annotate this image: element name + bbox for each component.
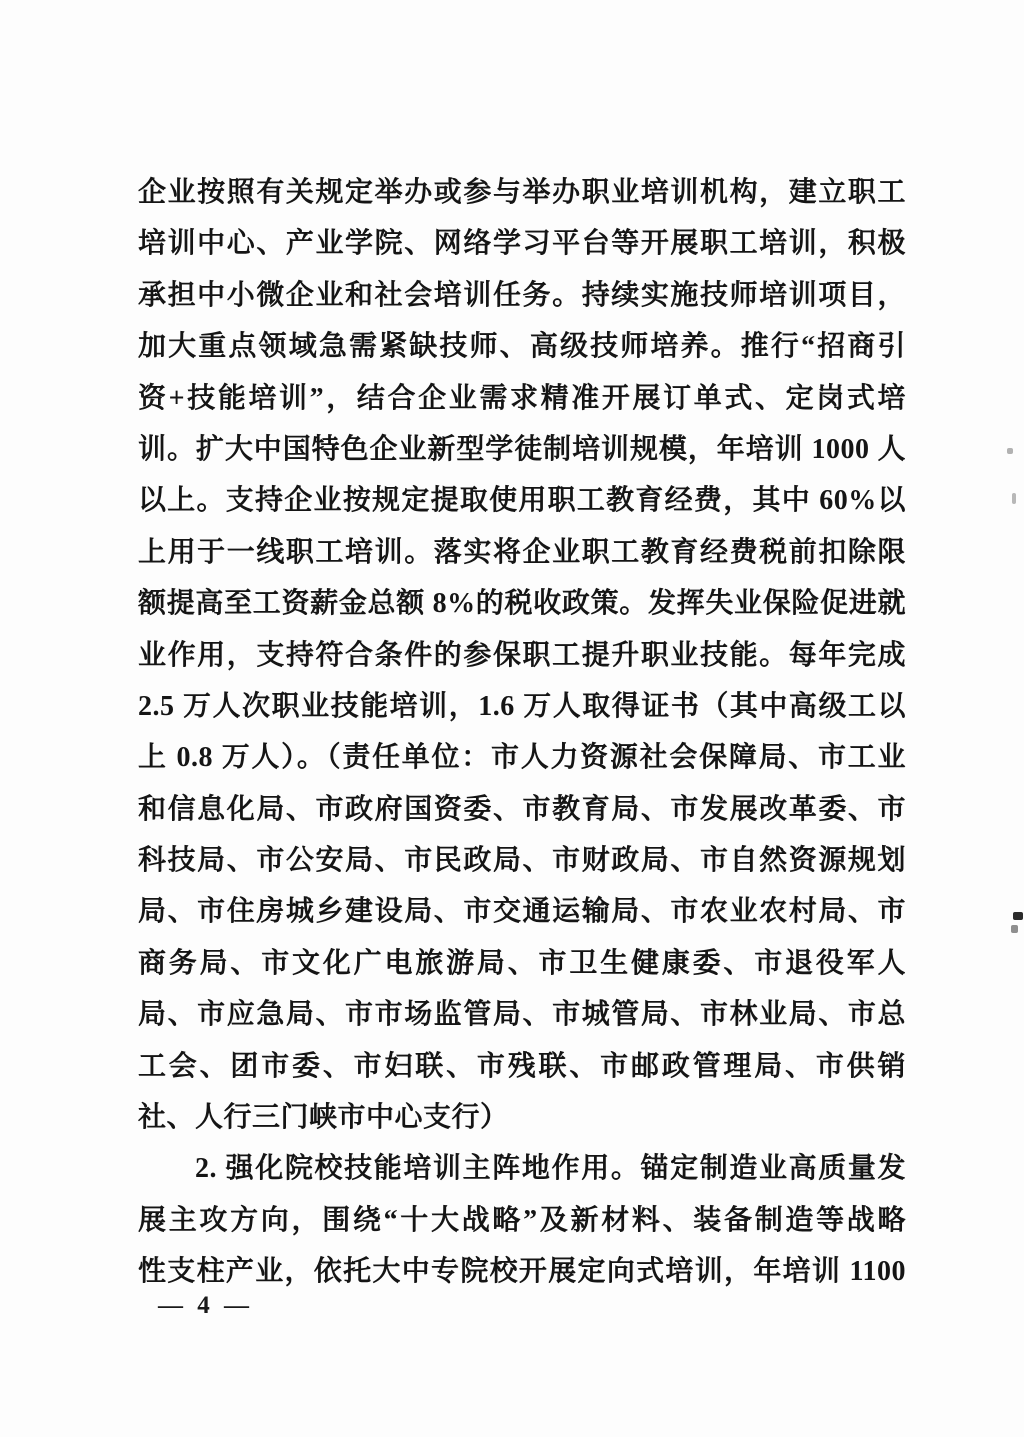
scan-artifact [1012, 493, 1016, 504]
page-number: — 4 — [158, 1292, 253, 1320]
text-line: 训。扩大中国特色企业新型学徒制培训规模，年培训 1000 人 [138, 424, 906, 475]
text-line: 资+技能培训”，结合企业需求精准开展订单式、定岗式培 [138, 373, 906, 424]
text-line: 和信息化局、市政府国资委、市教育局、市发展改革委、市 [138, 784, 906, 835]
text-line: 上用于一线职工培训。落实将企业职工教育经费税前扣除限 [138, 527, 906, 578]
text-line: 企业按照有关规定举办或参与举办职业培训机构，建立职工 [138, 167, 906, 218]
text-line: 承担中小微企业和社会培训任务。持续实施技师培训项目， [138, 270, 906, 321]
text-line: 加大重点领域急需紧缺技师、高级技师培养。推行“招商引 [138, 321, 906, 372]
scan-artifact [1013, 912, 1023, 920]
text-line: 以上。支持企业按规定提取使用职工教育经费，其中 60%以 [138, 475, 906, 526]
text-line: 2. 强化院校技能培训主阵地作用。锚定制造业高质量发 [138, 1143, 906, 1194]
text-line: 局、市住房城乡建设局、市交通运输局、市农业农村局、市 [138, 886, 906, 937]
document-page: 企业按照有关规定举办或参与举办职业培训机构，建立职工培训中心、产业学院、网络学习… [0, 0, 1024, 1437]
text-line: 商务局、市文化广电旅游局、市卫生健康委、市退役军人 [138, 938, 906, 989]
document-body: 企业按照有关规定举办或参与举办职业培训机构，建立职工培训中心、产业学院、网络学习… [138, 167, 906, 1298]
scan-artifact [1007, 448, 1013, 454]
text-line: 性支柱产业，依托大中专院校开展定向式培训，年培训 1100 [138, 1246, 906, 1297]
scan-artifact [1011, 925, 1018, 933]
text-line: 额提高至工资薪金总额 8%的税收政策。发挥失业保险促进就 [138, 578, 906, 629]
text-line: 展主攻方向，围绕“十大战略”及新材料、装备制造等战略 [138, 1195, 906, 1246]
text-line: 社、人行三门峡市中心支行） [138, 1092, 906, 1143]
text-line: 局、市应急局、市市场监管局、市城管局、市林业局、市总 [138, 989, 906, 1040]
text-line: 业作用，支持符合条件的参保职工提升职业技能。每年完成 [138, 630, 906, 681]
text-line: 科技局、市公安局、市民政局、市财政局、市自然资源规划 [138, 835, 906, 886]
text-line: 培训中心、产业学院、网络学习平台等开展职工培训，积极 [138, 218, 906, 269]
text-line: 2.5 万人次职业技能培训，1.6 万人取得证书（其中高级工以 [138, 681, 906, 732]
text-line: 工会、团市委、市妇联、市残联、市邮政管理局、市供销 [138, 1041, 906, 1092]
text-line: 上 0.8 万人）。（责任单位：市人力资源社会保障局、市工业 [138, 732, 906, 783]
